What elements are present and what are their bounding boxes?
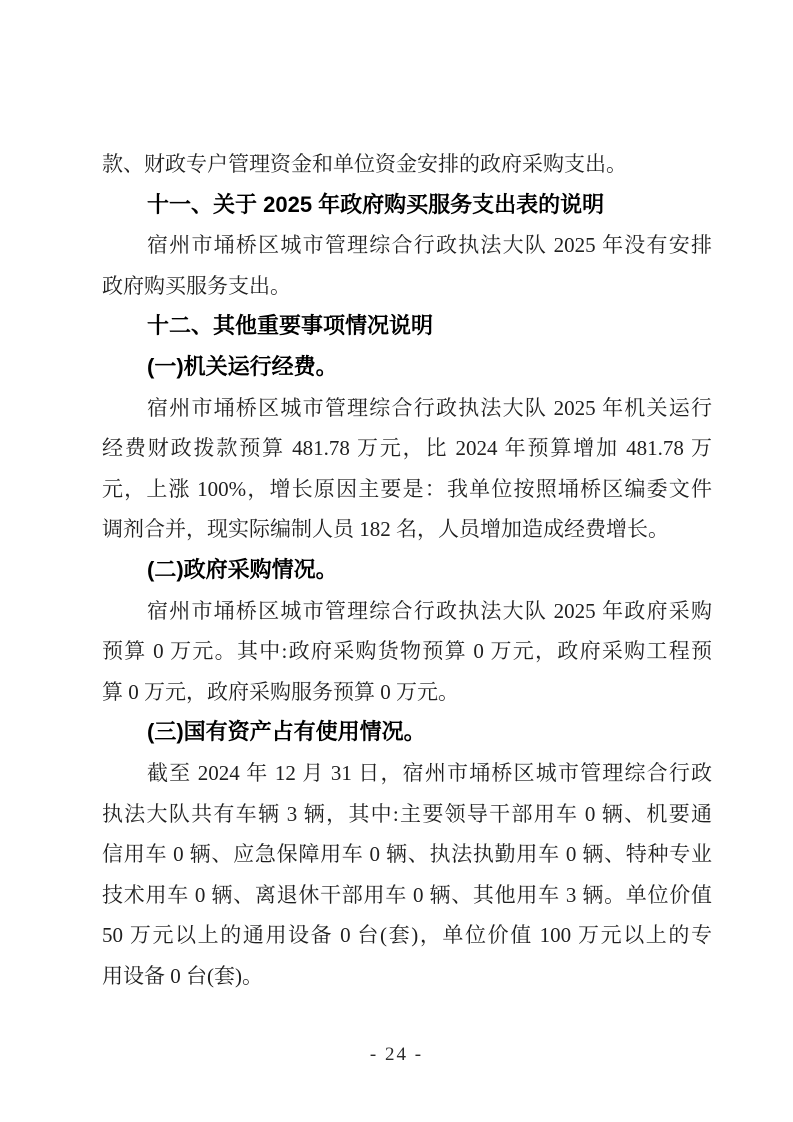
page-number: - 24 - — [370, 1044, 423, 1065]
document-body: 款、财政专户管理资金和单位资金安排的政府采购支出。十一、关于 2025 年政府购… — [102, 144, 712, 996]
heading-line: (二)政府采购情况。 — [102, 550, 712, 591]
page-footer: - 24 - — [0, 1044, 793, 1066]
heading-line: 十二、其他重要事项情况说明 — [102, 306, 712, 347]
body-line: 调剂合并，现实际编制人员 182 名，人员增加造成经费增长。 — [102, 509, 712, 550]
body-line: 用设备 0 台(套)。 — [102, 956, 712, 997]
body-line: 宿州市埇桥区城市管理综合行政执法大队 2025 年政府采购 — [102, 591, 712, 632]
body-line: 经费财政拨款预算 481.78 万元，比 2024 年预算增加 481.78 万 — [102, 428, 712, 469]
body-line: 宿州市埇桥区城市管理综合行政执法大队 2025 年机关运行 — [102, 388, 712, 429]
body-line: 算 0 万元，政府采购服务预算 0 万元。 — [102, 672, 712, 713]
body-line: 元，上涨 100%，增长原因主要是：我单位按照埇桥区编委文件 — [102, 469, 712, 510]
body-line: 款、财政专户管理资金和单位资金安排的政府采购支出。 — [102, 144, 712, 185]
heading-line: (一)机关运行经费。 — [102, 347, 712, 388]
body-line: 技术用车 0 辆、离退休干部用车 0 辆、其他用车 3 辆。单位价值 — [102, 875, 712, 916]
heading-line: 十一、关于 2025 年政府购买服务支出表的说明 — [102, 185, 712, 226]
body-line: 信用车 0 辆、应急保障用车 0 辆、执法执勤用车 0 辆、特种专业 — [102, 834, 712, 875]
body-line: 执法大队共有车辆 3 辆，其中:主要领导干部用车 0 辆、机要通 — [102, 794, 712, 835]
document-page: 款、财政专户管理资金和单位资金安排的政府采购支出。十一、关于 2025 年政府购… — [0, 0, 793, 1122]
body-line: 截至 2024 年 12 月 31 日，宿州市埇桥区城市管理综合行政 — [102, 753, 712, 794]
body-line: 宿州市埇桥区城市管理综合行政执法大队 2025 年没有安排 — [102, 225, 712, 266]
body-line: 政府购买服务支出。 — [102, 266, 712, 307]
body-line: 预算 0 万元。其中:政府采购货物预算 0 万元，政府采购工程预 — [102, 631, 712, 672]
body-line: 50 万元以上的通用设备 0 台(套)，单位价值 100 万元以上的专 — [102, 915, 712, 956]
heading-line: (三)国有资产占有使用情况。 — [102, 712, 712, 753]
